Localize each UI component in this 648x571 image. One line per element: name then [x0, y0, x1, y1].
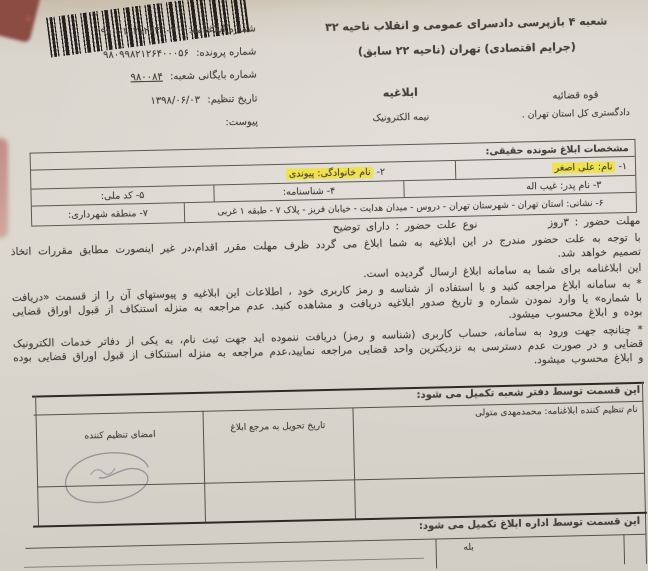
- field-value: ۹۸۱۰۱۰۲۱۲۶۴۰۰۲۱: [101, 25, 182, 38]
- field-value: ۹۸۰۰۸۴: [130, 72, 162, 84]
- branch-title: شعبه ۴ بازپرسی دادسرای عمومی و انقلاب نا…: [294, 8, 640, 66]
- first-name-highlight: نام: علی اصغر: [551, 161, 615, 173]
- last-name-num: ۲-: [376, 166, 385, 177]
- judiciary-block: قوه قضائیه دادگستری کل استان تهران .: [515, 89, 636, 121]
- notice-body: مهلت حضور : ۳روز نوع علت حضور : دارای تو…: [10, 214, 643, 379]
- field-label: پیوست:: [225, 116, 258, 128]
- delivery-date-column-header: تاریخ تحویل به مرجع ابلاغ: [205, 420, 351, 433]
- delivery-column-divider-2: [623, 534, 625, 564]
- header-number-fields: شماره ابلاغنامه: ۹۸۱۰۱۰۲۱۲۶۴۰۰۲۱ شماره پ…: [14, 23, 259, 144]
- column-divider-date: [352, 407, 356, 519]
- document-title: ابلاغیه: [300, 84, 500, 102]
- delivery-yes-cell: بله: [451, 542, 487, 553]
- municipality-cell: ۷- منطقه شهرداری:: [32, 203, 184, 225]
- field-label: شماره پرونده:: [196, 47, 256, 59]
- reason-type-label: نوع علت حضور : دارای توضیح: [333, 218, 478, 235]
- field-value: ۱۳۹۸/۰۶/۰۳: [150, 94, 200, 106]
- field-value: ۹۸۰۹۹۸۲۱۲۶۴۰۰۰۵۶: [103, 48, 189, 61]
- scanned-paper-background: شماره ابلاغنامه: ۹۸۱۰۱۰۲۱۲۶۴۰۰۲۱ شماره پ…: [0, 0, 648, 571]
- field-attachment: پیوست:: [16, 116, 258, 145]
- deadline-label: مهلت حضور : ۳روز: [548, 215, 641, 229]
- handwritten-signature: [46, 438, 172, 519]
- notification-document: شماره ابلاغنامه: ۹۸۱۰۱۰۲۱۲۶۴۰۰۲۱ شماره پ…: [0, 0, 648, 571]
- field-label: شماره بایگانی شعبه:: [170, 70, 257, 83]
- signature-column-header: امضای تنظیم کننده: [39, 429, 201, 443]
- justice-department: دادگستری کل استان تهران .: [516, 107, 636, 121]
- field-label: تاریخ تنظیم:: [207, 93, 257, 105]
- field-label: شماره ابلاغنامه:: [188, 23, 256, 36]
- delivery-column-divider-1: [435, 539, 437, 569]
- document-mode: نیمه الکترونیک: [301, 110, 501, 126]
- delivery-row-line: [24, 558, 424, 568]
- last-name-highlight: نام خانوادگی: پیوندی: [286, 166, 374, 179]
- judiciary-title: قوه قضائیه: [515, 89, 635, 103]
- first-name-num: ۱-: [618, 161, 627, 172]
- recipient-table: مشخصات ابلاغ شونده حقیقی: ۱- نام: علی اص…: [30, 139, 638, 227]
- delivery-table-topline: [26, 534, 647, 549]
- notice-paragraph-4: * چنانچه جهت ورود به سامانه، حساب کاربری…: [13, 323, 644, 379]
